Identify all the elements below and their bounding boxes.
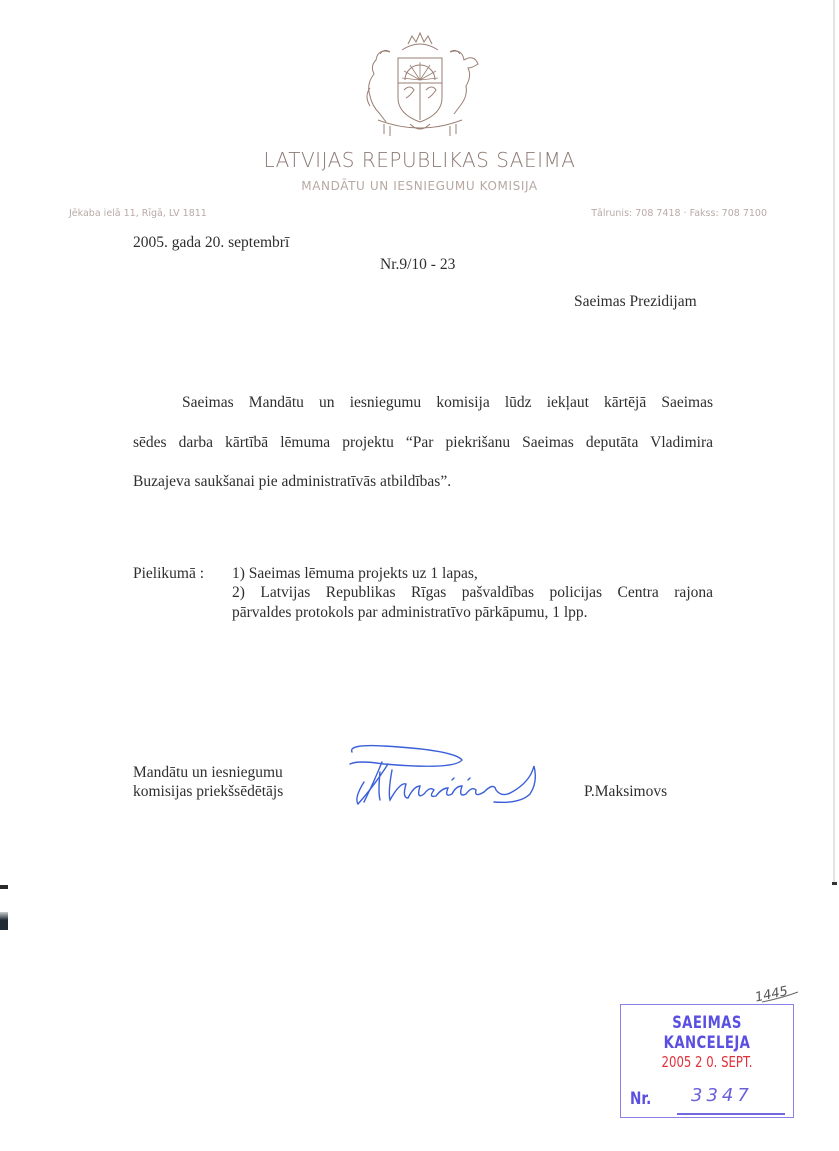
- letterhead-title: LATVIJAS REPUBLIKAS SAEIMA: [0, 148, 839, 172]
- signatory-title: Mandātu un iesniegumu: [133, 764, 283, 782]
- document-number: Nr.9/10 - 23: [380, 256, 455, 274]
- scan-mark: [832, 882, 837, 885]
- signatory-title: komisijas priekšsēdētājs: [133, 783, 283, 801]
- scan-mark: [0, 912, 8, 930]
- stamp-date: 2005 2 0. SEPT.: [640, 1053, 774, 1071]
- registry-stamp: SAEIMAS KANCELEJA 2005 2 0. SEPT. Nr. 33…: [620, 1004, 794, 1118]
- handwritten-number-text: 1445: [754, 984, 789, 1004]
- attachment-item: 1) Saeimas lēmuma projekts uz 1 lapas,: [232, 565, 478, 583]
- letterhead-contact: Tālrunis: 708 7418 · Fakss: 708 7100: [591, 208, 767, 219]
- addressee: Saeimas Prezidijam: [574, 293, 697, 311]
- letterhead-address: Jēkaba ielā 11, Rīgā, LV 1811: [69, 208, 207, 219]
- stamp-title: SAEIMAS KANCELEJA: [640, 1013, 774, 1053]
- body-line: sēdes darba kārtībā lēmuma projektu “Par…: [133, 434, 713, 452]
- signatory-name: P.Maksimovs: [584, 783, 667, 801]
- latvia-coat-of-arms-icon: [350, 28, 490, 138]
- stamp-nr-value: 3347: [691, 1085, 753, 1106]
- attachments-label: Pielikumā :: [133, 565, 204, 583]
- body-line: Saeimas Mandātu un iesniegumu komisija l…: [133, 394, 713, 412]
- letterhead-subtitle: MANDĀTU UN IESNIEGUMU KOMISIJA: [0, 179, 839, 193]
- attachment-item: 2) Latvijas Republikas Rīgas pašvaldības…: [232, 584, 713, 602]
- stamp-nr-line: [677, 1113, 785, 1115]
- scan-edge: [833, 0, 835, 885]
- handwritten-number: 1445: [752, 970, 804, 1004]
- attachment-item-continuation: pārvaldes protokols par administratīvo p…: [232, 604, 588, 622]
- scan-mark: [0, 885, 8, 889]
- stamp-nr-label: Nr.: [630, 1089, 651, 1109]
- document-page: LATVIJAS REPUBLIKAS SAEIMA MANDĀTU UN IE…: [0, 0, 839, 1151]
- document-date: 2005. gada 20. septembrī: [133, 234, 289, 252]
- body-line: Buzajeva saukšanai pie administratīvās a…: [133, 473, 713, 491]
- handwritten-signature-icon: [344, 742, 554, 810]
